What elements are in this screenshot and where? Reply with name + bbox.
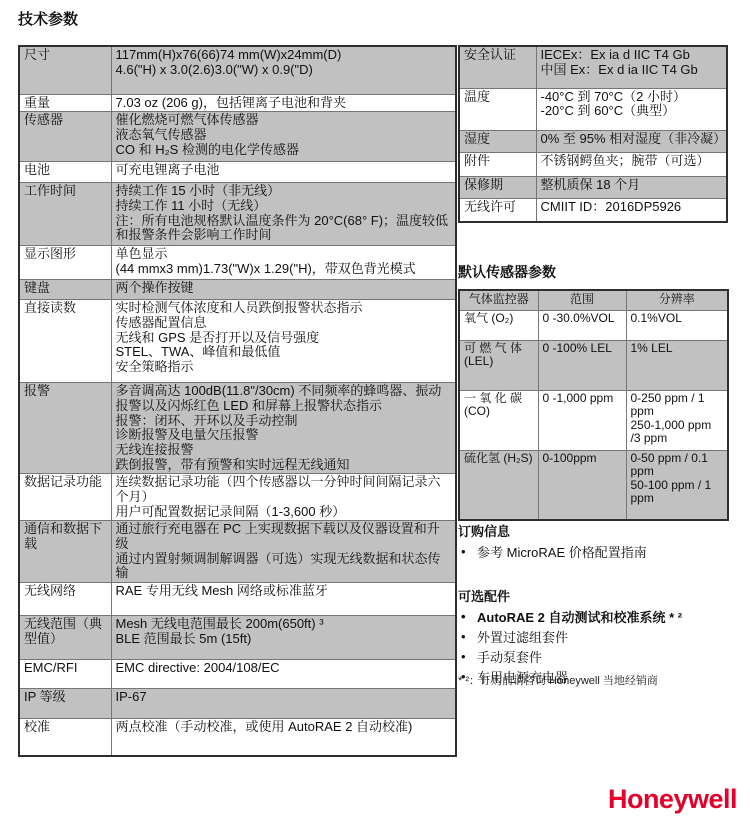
- sensor-gas: 可 燃 气 体 (LEL): [459, 340, 538, 390]
- spec-row: 报警 多音调高达 100dB(11.8"/30cm) 不同频率的蜂鸣器、振动报警…: [19, 383, 456, 474]
- spec-value: 通过旅行充电器在 PC 上实现数据下载以及仪器设置和升级 通过内置射频调制解调器…: [111, 521, 456, 583]
- sensor-header-resolution: 分辨率: [626, 290, 728, 310]
- spec-label: 数据记录功能: [19, 474, 111, 521]
- spec-label: 传感器: [19, 112, 111, 162]
- ordering-list: 参考 MicroRAE 价格配置指南: [458, 545, 743, 561]
- cert-label: 保修期: [459, 176, 536, 198]
- spec-value: 可充电锂离子电池: [111, 162, 456, 183]
- spec-row: 工作时间 持续工作 15 小时（非无线） 持续工作 11 小时（无线） 注：所有…: [19, 183, 456, 246]
- spec-row: 尺寸 117mm(H)x76(66)74 mm(W)x24mm(D) 4.6("…: [19, 46, 456, 94]
- spec-value: 7.03 oz (206 g)，包括锂离子电池和背夹: [111, 94, 456, 112]
- cert-value: 整机质保 18 个月: [536, 176, 727, 198]
- spec-label: 重量: [19, 94, 111, 112]
- spec-label: 键盘: [19, 280, 111, 300]
- spec-value: RAE 专用无线 Mesh 网络或标准蓝牙: [111, 583, 456, 616]
- spec-value: 持续工作 15 小时（非无线） 持续工作 11 小时（无线） 注：所有电池规格默…: [111, 183, 456, 246]
- sensor-row: 一 氧 化 碳 (CO) 0 -1,000 ppm 0-250 ppm / 1 …: [459, 390, 728, 450]
- sensor-row: 硫化氢 (H₂S) 0-100ppm 0-50 ppm / 0.1 ppm 50…: [459, 450, 728, 520]
- cert-label: 湿度: [459, 130, 536, 152]
- cert-label: 温度: [459, 88, 536, 130]
- spec-value: 实时检测气体浓度和人员跌倒报警状态指示 传感器配置信息 无线和 GPS 是否打开…: [111, 300, 456, 383]
- cert-label: 附件: [459, 152, 536, 176]
- cert-row: 温度 -40°C 到 70°C（2 小时） -20°C 到 60°C（典型）: [459, 88, 727, 130]
- spec-value: Mesh 无线电范围最长 200m(650ft) ³ BLE 范围最长 5m (…: [111, 616, 456, 660]
- cert-value: -40°C 到 70°C（2 小时） -20°C 到 60°C（典型）: [536, 88, 727, 130]
- spec-row: 键盘 两个操作按键: [19, 280, 456, 300]
- sensor-resolution: 0-50 ppm / 0.1 ppm 50-100 ppm / 1 ppm: [626, 450, 728, 520]
- spec-row: 显示图形 单色显示 (44 mmx3 mm)1.73("W)x 1.29("H)…: [19, 246, 456, 280]
- sensor-gas: 硫化氢 (H₂S): [459, 450, 538, 520]
- spec-row: 校准 两点校准（手动校准，或使用 AutoRAE 2 自动校准): [19, 719, 456, 756]
- spec-row: 无线网络 RAE 专用无线 Mesh 网络或标准蓝牙: [19, 583, 456, 616]
- sensor-header-gas: 气体监控器: [459, 290, 538, 310]
- cert-label: 安全认证: [459, 46, 536, 88]
- cert-row: 保修期 整机质保 18 个月: [459, 176, 727, 198]
- spec-label: 显示图形: [19, 246, 111, 280]
- list-item: 手动泵套件: [458, 650, 743, 666]
- spec-label: 直接读数: [19, 300, 111, 383]
- sensor-table: 气体监控器 范围 分辨率 氧气 (O₂) 0 -30.0%VOL 0.1%VOL…: [458, 289, 729, 521]
- spec-value: 两个操作按键: [111, 280, 456, 300]
- sensor-row: 可 燃 气 体 (LEL) 0 -100% LEL 1% LEL: [459, 340, 728, 390]
- spec-row: EMC/RFI EMC directive: 2004/108/EC: [19, 660, 456, 689]
- spec-label: IP 等级: [19, 689, 111, 719]
- spec-label: EMC/RFI: [19, 660, 111, 689]
- honeywell-logo: Honeywell: [608, 784, 737, 815]
- sensor-resolution: 1% LEL: [626, 340, 728, 390]
- footnote: * ²：订购前请咨询 Honeywell 当地经销商: [458, 672, 658, 688]
- spec-row: IP 等级 IP-67: [19, 689, 456, 719]
- ordering-title: 订购信息: [458, 521, 743, 540]
- list-item: 外置过滤组套件: [458, 630, 743, 646]
- spec-row: 无线范围（典型值） Mesh 无线电范围最长 200m(650ft) ³ BLE…: [19, 616, 456, 660]
- cert-row: 附件 不锈钢鳄鱼夹；腕带（可选）: [459, 152, 727, 176]
- spec-table: 尺寸 117mm(H)x76(66)74 mm(W)x24mm(D) 4.6("…: [18, 45, 457, 757]
- sensor-range: 0-100ppm: [538, 450, 626, 520]
- cert-row: 湿度 0% 至 95% 相对湿度（非冷凝）: [459, 130, 727, 152]
- spec-label: 电池: [19, 162, 111, 183]
- sensor-gas: 一 氧 化 碳 (CO): [459, 390, 538, 450]
- spec-value: IP-67: [111, 689, 456, 719]
- sensor-range: 0 -100% LEL: [538, 340, 626, 390]
- cert-row: 无线许可 CMIIT ID：2016DP5926: [459, 198, 727, 222]
- spec-label: 通信和数据下载: [19, 521, 111, 583]
- sensor-header-range: 范围: [538, 290, 626, 310]
- list-item: AutoRAE 2 自动测试和校准系统 * ²: [458, 610, 743, 626]
- spec-label: 尺寸: [19, 46, 111, 94]
- cert-value: 0% 至 95% 相对湿度（非冷凝）: [536, 130, 727, 152]
- datasheet-page: 技术参数 尺寸 117mm(H)x76(66)74 mm(W)x24mm(D) …: [0, 0, 750, 830]
- ordering-section: 订购信息 参考 MicroRAE 价格配置指南: [458, 521, 743, 565]
- cert-row: 安全认证 IECEx：Ex ia d IIC T4 Gb 中国 Ex：Ex d …: [459, 46, 727, 88]
- sensor-section-title: 默认传感器参数: [458, 262, 556, 282]
- spec-value: 多音调高达 100dB(11.8"/30cm) 不同频率的蜂鸣器、振动报警以及闪…: [111, 383, 456, 474]
- spec-value: 单色显示 (44 mmx3 mm)1.73("W)x 1.29("H)，带双色背…: [111, 246, 456, 280]
- spec-row: 直接读数 实时检测气体浓度和人员跌倒报警状态指示 传感器配置信息 无线和 GPS…: [19, 300, 456, 383]
- spec-label: 报警: [19, 383, 111, 474]
- sensor-resolution: 0.1%VOL: [626, 310, 728, 340]
- sensor-gas: 氧气 (O₂): [459, 310, 538, 340]
- sensor-range: 0 -1,000 ppm: [538, 390, 626, 450]
- spec-value: 催化燃烧可燃气体传感器 液态氧气传感器 CO 和 H₂S 检测的电化学传感器: [111, 112, 456, 162]
- spec-row: 通信和数据下载 通过旅行充电器在 PC 上实现数据下载以及仪器设置和升级 通过内…: [19, 521, 456, 583]
- accessories-title: 可选配件: [458, 586, 743, 605]
- cert-value: IECEx：Ex ia d IIC T4 Gb 中国 Ex：Ex d ia II…: [536, 46, 727, 88]
- page-title: 技术参数: [18, 8, 78, 29]
- spec-row: 数据记录功能 连续数据记录功能（四个传感器以一分钟时间间隔记录六个月） 用户可配…: [19, 474, 456, 521]
- cert-value: CMIIT ID：2016DP5926: [536, 198, 727, 222]
- spec-value: 两点校准（手动校准，或使用 AutoRAE 2 自动校准): [111, 719, 456, 756]
- spec-row: 传感器 催化燃烧可燃气体传感器 液态氧气传感器 CO 和 H₂S 检测的电化学传…: [19, 112, 456, 162]
- sensor-header-row: 气体监控器 范围 分辨率: [459, 290, 728, 310]
- spec-row: 电池 可充电锂离子电池: [19, 162, 456, 183]
- certification-table: 安全认证 IECEx：Ex ia d IIC T4 Gb 中国 Ex：Ex d …: [458, 45, 728, 223]
- spec-value: 117mm(H)x76(66)74 mm(W)x24mm(D) 4.6("H) …: [111, 46, 456, 94]
- spec-label: 无线网络: [19, 583, 111, 616]
- cert-label: 无线许可: [459, 198, 536, 222]
- spec-label: 无线范围（典型值）: [19, 616, 111, 660]
- spec-row: 重量 7.03 oz (206 g)，包括锂离子电池和背夹: [19, 94, 456, 112]
- spec-label: 校准: [19, 719, 111, 756]
- spec-label: 工作时间: [19, 183, 111, 246]
- spec-value: EMC directive: 2004/108/EC: [111, 660, 456, 689]
- cert-value: 不锈钢鳄鱼夹；腕带（可选）: [536, 152, 727, 176]
- sensor-resolution: 0-250 ppm / 1 ppm 250-1,000 ppm /3 ppm: [626, 390, 728, 450]
- sensor-range: 0 -30.0%VOL: [538, 310, 626, 340]
- list-item: 参考 MicroRAE 价格配置指南: [458, 545, 743, 561]
- sensor-row: 氧气 (O₂) 0 -30.0%VOL 0.1%VOL: [459, 310, 728, 340]
- spec-value: 连续数据记录功能（四个传感器以一分钟时间间隔记录六个月） 用户可配置数据记录间隔…: [111, 474, 456, 521]
